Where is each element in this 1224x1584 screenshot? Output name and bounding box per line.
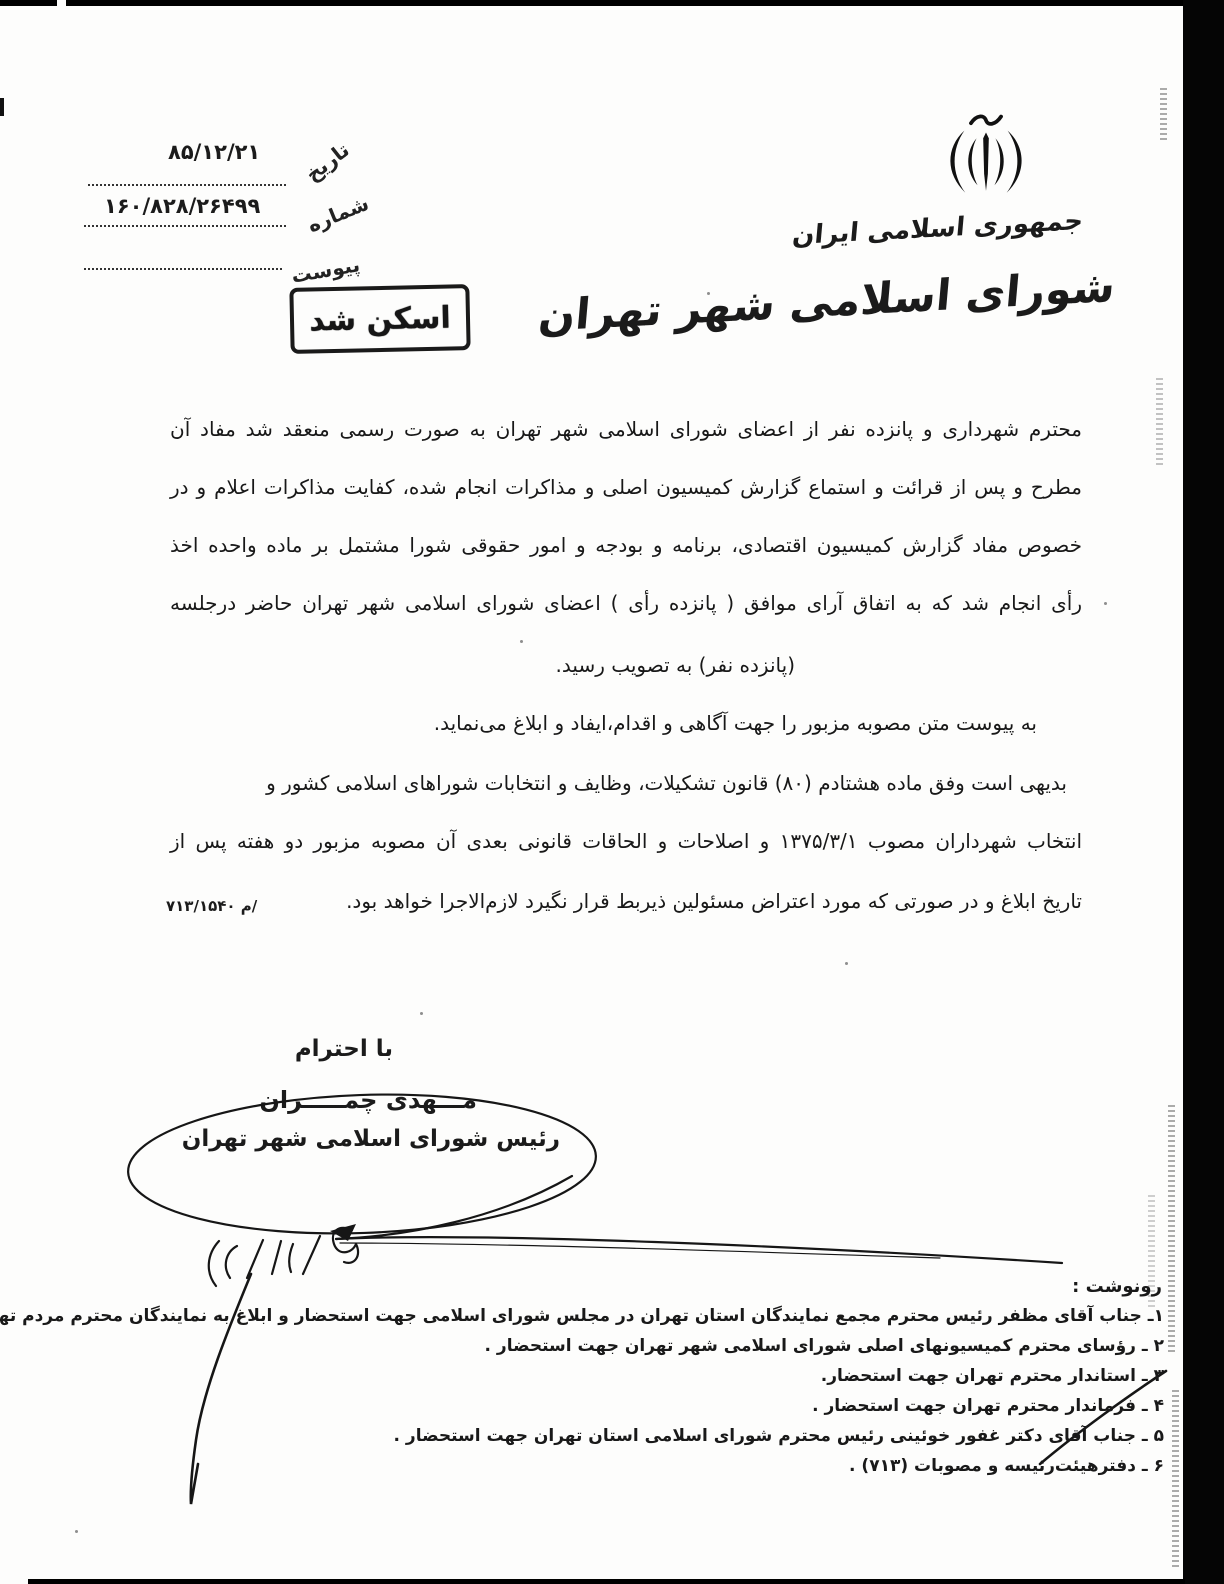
- attachment-label: پیوست: [289, 252, 361, 288]
- scan-edge-top-notch: [57, 0, 66, 6]
- cc-item: ۶ ـ دفترهیئت‌رئیسه و مصوبات (۷۱۳) .: [849, 1456, 1164, 1476]
- scan-noise-dot: [1104, 602, 1107, 605]
- cc-item: ۳ ـ استاندار محترم تهران جهت استحضار.: [821, 1366, 1164, 1386]
- reference-number: /م ۷۱۳/۱۵۴۰: [166, 897, 257, 915]
- number-value: ۱۶۰/۸۲۸/۲۶۴۹۹: [104, 194, 260, 218]
- body-line: رأی انجام شد که به اتفاق آرای موافق ( پا…: [170, 586, 1082, 620]
- body-line: به پیوست متن مصوبه مزبور را جهت آگاهی و …: [434, 706, 1037, 740]
- date-dotted-line: [88, 184, 286, 186]
- scan-bleed-microtext: [1160, 88, 1167, 143]
- body-line: مطرح و پس از قرائت و استماع گزارش کمیسیو…: [170, 470, 1082, 504]
- scan-noise-dot: [420, 1012, 423, 1015]
- body-line: محترم شهرداری و پانزده نفر از اعضای شورا…: [170, 412, 1082, 446]
- cc-item: ۱ـ جناب آقای مظفر رئیس محترم مجمع نمایند…: [0, 1306, 1164, 1326]
- iran-emblem-icon: [938, 110, 1034, 204]
- signature-salutation: با احترام: [295, 1036, 393, 1062]
- number-dotted-line: [84, 225, 286, 227]
- cc-item: ۴ ـ فرماندار محترم تهران جهت استحضار .: [812, 1396, 1164, 1416]
- letterhead-country-title: جمهوری اسلامی ایران: [791, 206, 1084, 251]
- scan-edge-bottom: [28, 1579, 1185, 1584]
- date-value: ۸۵/۱۲/۲۱: [168, 140, 260, 164]
- scan-edge-top: [0, 0, 1185, 6]
- body-line: انتخاب شهرداران مصوب ۱۳۷۵/۳/۱ و اصلاحات …: [170, 824, 1082, 858]
- scan-noise-dot: [520, 640, 523, 643]
- letterhead-council-title: شورای اسلامی شهر تهران: [536, 262, 1117, 342]
- number-label: شماره: [304, 191, 372, 237]
- body-line: (پانزده نفر) به تصویب رسید.: [556, 648, 795, 682]
- scanned-letter-page: جمهوری اسلامی ایران شورای اسلامی شهر تهر…: [0, 0, 1224, 1584]
- scan-bleed-microtext: [1156, 378, 1163, 466]
- cc-label: رونوشت :: [1072, 1276, 1162, 1297]
- cc-item: ۵ ـ جناب آقای دکتر غفور خوئینی رئیس محتر…: [394, 1426, 1164, 1446]
- cc-item: ۲ ـ رؤسای محترم کمیسیونهای اصلی شورای اس…: [485, 1336, 1164, 1356]
- scan-noise-dot: [845, 962, 848, 965]
- scan-noise-dot: [75, 1530, 78, 1533]
- date-label: تاریخ: [301, 138, 354, 187]
- handwritten-signature: [90, 1080, 1190, 1520]
- body-line: بدیهی است وفق ماده هشتادم (۸۰) قانون تشک…: [266, 766, 1067, 800]
- scan-artifact: [0, 98, 4, 116]
- body-line: تاریخ ابلاغ و در صورتی که مورد اعتراض مس…: [346, 884, 1082, 918]
- body-line: خصوص مفاد گزارش کمیسیون اقتصادی، برنامه …: [170, 528, 1082, 562]
- scanned-stamp: اسکن شد: [289, 284, 470, 354]
- attachment-dotted-line: [84, 268, 282, 270]
